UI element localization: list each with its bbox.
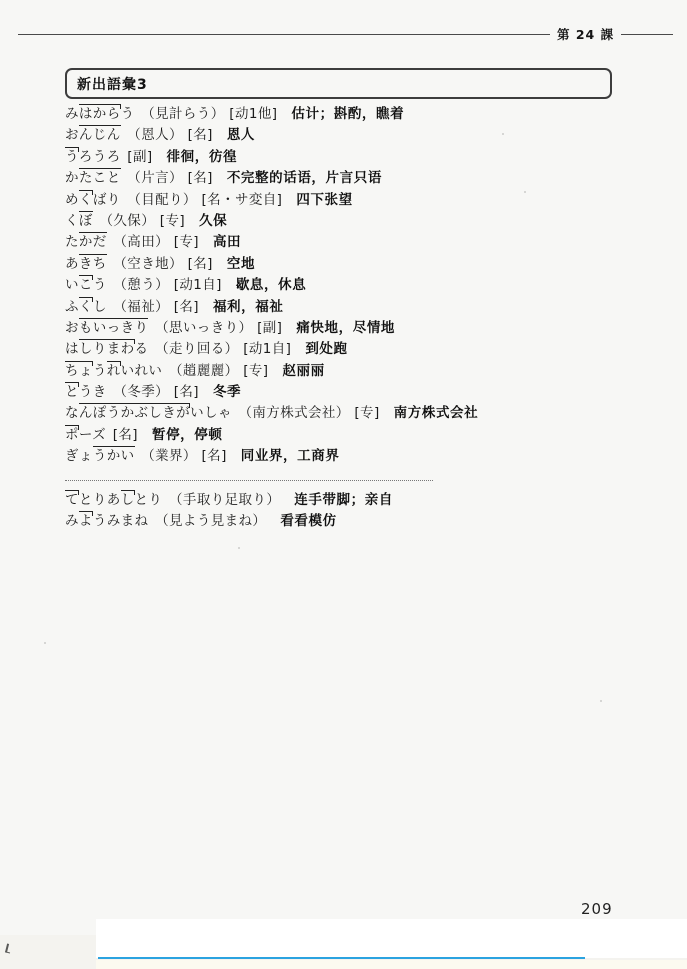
vocab-entry: みようみまね （見よう見まね）看看模仿 <box>65 511 645 532</box>
chinese-definition: 徘徊，彷徨 <box>167 149 238 165</box>
scan-speck <box>238 547 240 549</box>
kanji-and-pos: [名] <box>108 427 138 443</box>
chinese-definition: 痛快地，尽情地 <box>296 320 395 336</box>
kana-with-pitch-accent: ふくし <box>65 299 107 315</box>
kanji-and-pos: （南方株式会社） [专] <box>234 405 380 421</box>
kana-with-pitch-accent: おもいっきり <box>65 320 148 336</box>
kanji-and-pos: （趙麗麗） [专] <box>164 363 268 379</box>
kana-with-pitch-accent: おんじん <box>65 127 121 143</box>
page-number: 209 <box>581 900 613 918</box>
chinese-definition: 高田 <box>213 234 241 250</box>
vocab-entry: ポーズ [名]暂停，停顿 <box>65 425 645 446</box>
kanji-and-pos: （高田） [专] <box>109 234 199 250</box>
kana-with-pitch-accent: みようみまね <box>65 513 148 529</box>
vocab-entry: ふくし （福祉） [名]福利，福祉 <box>65 297 645 318</box>
chinese-definition: 恩人 <box>227 127 255 143</box>
kanji-and-pos: （手取り足取り） <box>164 492 280 508</box>
kana-with-pitch-accent: いこう <box>65 277 107 293</box>
vocab-entry: ぎょうかい （業界） [名]同业界，工商界 <box>65 446 645 467</box>
scan-cream-strip <box>96 960 687 969</box>
kanji-and-pos: （見計らう） [动1他] <box>137 106 278 122</box>
kana-with-pitch-accent: てとりあしとり <box>65 492 162 508</box>
chinese-definition: 空地 <box>227 256 255 272</box>
kanji-and-pos: （空き地） [名] <box>109 256 213 272</box>
chinese-definition: 不完整的话语，片言只语 <box>227 170 382 186</box>
vocab-entry: めくばり （目配り） [名・サ変自]四下张望 <box>65 190 645 211</box>
scan-speck <box>502 133 504 135</box>
chinese-definition: 南方株式会社 <box>394 405 479 421</box>
chinese-definition: 冬季 <box>213 384 241 400</box>
dotted-divider <box>65 480 433 481</box>
vocab-entry: いこう （憩う） [动1自]歇息，休息 <box>65 275 645 296</box>
chinese-definition: 同业界，工商界 <box>241 448 340 464</box>
chinese-definition: 连手带脚；亲自 <box>294 492 393 508</box>
kana-with-pitch-accent: かたこと <box>65 170 121 186</box>
chinese-definition: 久保 <box>199 213 227 229</box>
kana-with-pitch-accent: あきち <box>65 256 107 272</box>
vocab-entry: ちょうれいれい （趙麗麗） [专]赵丽丽 <box>65 361 645 382</box>
chinese-definition: 看看模仿 <box>280 513 336 529</box>
header-rule-left <box>18 34 550 35</box>
vocab-entry: はしりまわる （走り回る） [动1自]到处跑 <box>65 339 645 360</box>
vocab-list: みはからう （見計らう） [动1他]估计；斟酌，瞧着おんじん （恩人） [名]恩… <box>65 104 645 468</box>
vocab-entry: たかだ （高田） [专]高田 <box>65 232 645 253</box>
vocab-entry: みはからう （見計らう） [动1他]估计；斟酌，瞧着 <box>65 104 645 125</box>
vocab-entry: かたこと （片言） [名]不完整的话语，片言只语 <box>65 168 645 189</box>
kanji-and-pos: （福祉） [名] <box>109 299 199 315</box>
section-title-box: 新出語彙3 <box>65 68 612 99</box>
scanned-page: 第 24 課 新出語彙3 みはからう （見計らう） [动1他]估计；斟酌，瞧着お… <box>0 0 687 969</box>
kanji-and-pos: （冬季） [名] <box>109 384 199 400</box>
kana-with-pitch-accent: くぼ <box>65 213 93 229</box>
scan-speck <box>600 700 602 702</box>
kana-with-pitch-accent: うろうろ <box>65 149 121 165</box>
kana-with-pitch-accent: とうき <box>65 384 107 400</box>
vocab-entry: おんじん （恩人） [名]恩人 <box>65 125 645 146</box>
kanji-and-pos: （恩人） [名] <box>123 127 213 143</box>
kanji-and-pos: （業界） [名] <box>137 448 227 464</box>
phrase-list: てとりあしとり （手取り足取り）连手带脚；亲自みようみまね （見よう見まね）看看… <box>65 490 645 533</box>
scan-speck <box>524 191 526 193</box>
vocab-entry: てとりあしとり （手取り足取り）连手带脚；亲自 <box>65 490 645 511</box>
chinese-definition: 到处跑 <box>305 341 347 357</box>
kanji-and-pos: （憩う） [动1自] <box>109 277 222 293</box>
vocab-entry: あきち （空き地） [名]空地 <box>65 254 645 275</box>
kanji-and-pos: （片言） [名] <box>123 170 213 186</box>
lesson-label: 第 24 課 <box>550 25 621 43</box>
kanji-and-pos: [副] <box>123 149 153 165</box>
chinese-definition: 福利，福祉 <box>213 299 284 315</box>
scan-speck <box>44 642 46 644</box>
kana-with-pitch-accent: ちょうれいれい <box>65 363 162 379</box>
vocab-entry: くぼ （久保） [专]久保 <box>65 211 645 232</box>
kanji-and-pos: （思いっきり） [副] <box>150 320 282 336</box>
chinese-definition: 暂停，停顿 <box>152 427 223 443</box>
header-rule-right <box>621 34 673 35</box>
chinese-definition: 赵丽丽 <box>282 363 324 379</box>
bottom-blue-line <box>98 957 585 959</box>
vocab-entry: とうき （冬季） [名]冬季 <box>65 382 645 403</box>
kanji-and-pos: （見よう見まね） <box>150 513 266 529</box>
kanji-and-pos: （目配り） [名・サ変自] <box>123 192 283 208</box>
chinese-definition: 歇息，休息 <box>236 277 307 293</box>
vocab-entry: なんぽうかぶしきがいしゃ （南方株式会社） [专]南方株式会社 <box>65 403 645 424</box>
kana-with-pitch-accent: めくばり <box>65 192 121 208</box>
chinese-definition: 四下张望 <box>296 192 352 208</box>
vocab-entry: うろうろ [副]徘徊，彷徨 <box>65 147 645 168</box>
kanji-and-pos: （走り回る） [动1自] <box>150 341 291 357</box>
scan-white-strip <box>96 919 687 958</box>
kana-with-pitch-accent: ポーズ <box>65 427 106 443</box>
kana-with-pitch-accent: たかだ <box>65 234 107 250</box>
chinese-definition: 估计；斟酌，瞧着 <box>291 106 404 122</box>
vocab-entry: おもいっきり （思いっきり） [副]痛快地，尽情地 <box>65 318 645 339</box>
kanji-and-pos: （久保） [专] <box>95 213 185 229</box>
vocab-area: みはからう （見計らう） [动1他]估计；斟酌，瞧着おんじん （恩人） [名]恩… <box>65 104 645 532</box>
kana-with-pitch-accent: なんぽうかぶしきがいしゃ <box>65 405 232 421</box>
kana-with-pitch-accent: みはからう <box>65 106 135 122</box>
kana-with-pitch-accent: ぎょうかい <box>65 448 135 464</box>
header-rule: 第 24 課 <box>18 27 673 41</box>
kana-with-pitch-accent: はしりまわる <box>65 341 148 357</box>
section-title: 新出語彙3 <box>77 74 148 94</box>
